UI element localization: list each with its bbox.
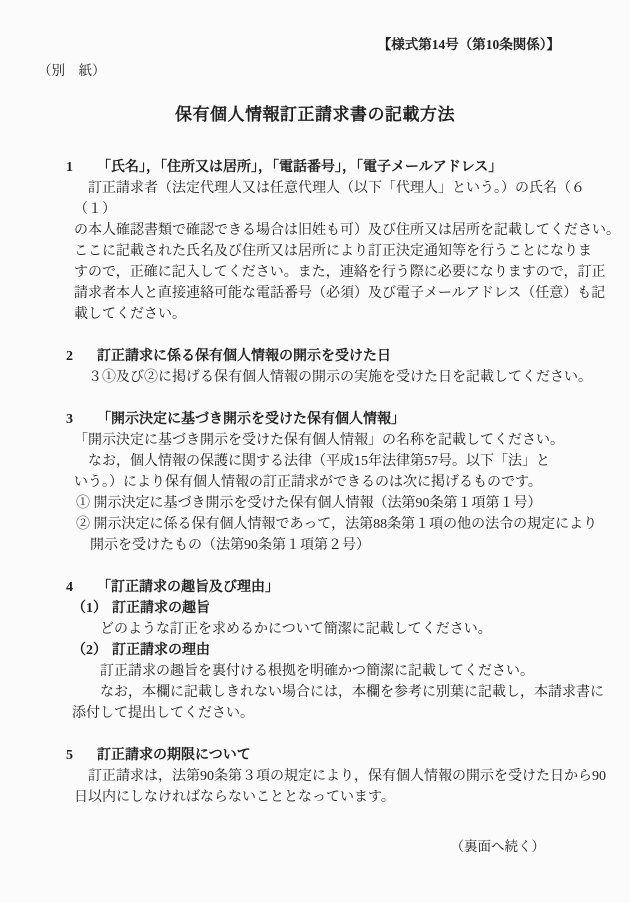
section-heading-text: 「訂正請求の趣旨及び理由」 xyxy=(97,577,626,598)
section-disclosed-information: 3 「開示決定に基づき開示を受けた保有個人情報」 「開示決定に基づき開示を受けた… xyxy=(66,409,626,556)
continues-on-back-note: （裏面へ続く） xyxy=(0,836,630,857)
section-heading-text: 訂正請求に係る保有個人情報の開示を受けた日 xyxy=(97,346,626,367)
subsection-title: 訂正請求の趣旨 xyxy=(112,598,210,619)
section-heading-text: 「開示決定に基づき開示を受けた保有個人情報」 xyxy=(97,409,626,430)
list-item: ② 開示決定に係る保有個人情報であって，法第88条第１項の他の法令の規定により … xyxy=(76,514,626,556)
section-number: 2 xyxy=(66,346,97,367)
section-heading: 3 「開示決定に基づき開示を受けた保有個人情報」 xyxy=(66,409,626,430)
section-number: 4 xyxy=(66,577,97,598)
section-body-text: 訂正請求者（法定代理人又は任意代理人（以下「代理人」という。）の氏名（６（１） … xyxy=(74,178,626,325)
document-body: 1 「氏名」，「住所又は居所」，「電話番号」，「電子メールアドレス」 訂正請求者… xyxy=(0,157,630,808)
page-title: 保有個人情報訂正請求書の記載方法 xyxy=(0,104,630,125)
section-disclosure-date: 2 訂正請求に係る保有個人情報の開示を受けた日 ３①及び②に掲げる保有個人情報の… xyxy=(66,346,626,388)
subsection-heading: （2） 訂正請求の理由 xyxy=(72,640,626,661)
list-item: ① 開示決定に基づき開示を受けた保有個人情報（法第90条第１項第１号） xyxy=(76,493,626,514)
subsection-title: 訂正請求の理由 xyxy=(112,640,210,661)
section-heading: 4 「訂正請求の趣旨及び理由」 xyxy=(66,577,626,598)
subsection-body-text: どのような訂正を求めるかについて簡潔に記載してください。 xyxy=(72,619,626,640)
subsection-label: （1） xyxy=(72,598,107,619)
subsection-heading: （1） 訂正請求の趣旨 xyxy=(72,598,626,619)
subsection-body-text: 訂正請求の趣旨を裏付ける根拠を明確かつ簡潔に記載してください。 なお，本欄に記載… xyxy=(72,661,626,724)
form-number-label: 【様式第14号（第10条関係）】 xyxy=(0,0,630,55)
subsection-reason: （2） 訂正請求の理由 訂正請求の趣旨を裏付ける根拠を明確かつ簡潔に記載してくだ… xyxy=(72,640,626,724)
document-page: 【様式第14号（第10条関係）】 （別 紙） 保有個人情報訂正請求書の記載方法 … xyxy=(0,0,630,903)
section-deadline: 5 訂正請求の期限について 訂正請求は，法第90条第３項の規定により，保有個人情… xyxy=(66,745,626,808)
section-number: 5 xyxy=(66,745,97,766)
section-body-text: 訂正請求は，法第90条第３項の規定により，保有個人情報の開示を受けた日から90 … xyxy=(74,766,626,808)
section-heading: 1 「氏名」，「住所又は居所」，「電話番号」，「電子メールアドレス」 xyxy=(66,157,626,178)
section-number: 1 xyxy=(66,157,97,178)
section-heading: 5 訂正請求の期限について xyxy=(66,745,626,766)
subsection-label: （2） xyxy=(72,640,107,661)
section-body-text: 「開示決定に基づき開示を受けた保有個人情報」の名称を記載してください。 なお，個… xyxy=(74,430,626,493)
attachment-label: （別 紙） xyxy=(0,55,630,81)
section-name-address: 1 「氏名」，「住所又は居所」，「電話番号」，「電子メールアドレス」 訂正請求者… xyxy=(66,157,626,325)
section-number: 3 xyxy=(66,409,97,430)
subsection-purpose: （1） 訂正請求の趣旨 どのような訂正を求めるかについて簡潔に記載してください。 xyxy=(72,598,626,640)
section-heading-text: 訂正請求の期限について xyxy=(97,745,626,766)
section-purpose-reason: 4 「訂正請求の趣旨及び理由」 （1） 訂正請求の趣旨 どのような訂正を求めるか… xyxy=(66,577,626,724)
section-heading-text: 「氏名」，「住所又は居所」，「電話番号」，「電子メールアドレス」 xyxy=(97,157,626,178)
section-heading: 2 訂正請求に係る保有個人情報の開示を受けた日 xyxy=(66,346,626,367)
section-body-text: ３①及び②に掲げる保有個人情報の開示の実施を受けた日を記載してください。 xyxy=(74,367,626,388)
